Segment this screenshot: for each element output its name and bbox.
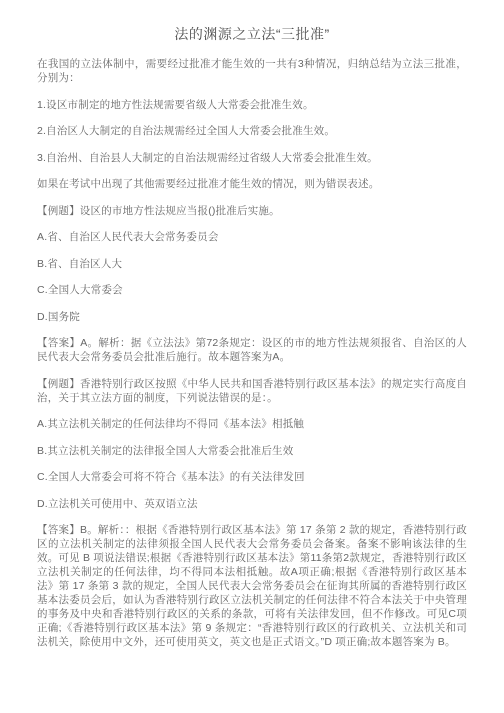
point-3: 3.自治州、自治县人大制定的自治法规需经过省级人大常委会批准生效。 <box>37 151 467 165</box>
point-1: 1.设区市制定的地方性法规需要省级人大常委会批准生效。 <box>37 98 467 112</box>
question1-option-c: C.全国人大常委会 <box>37 283 467 297</box>
question2-option-b: B.其立法机关制定的法律报全国人大常委会批准后生效 <box>37 444 467 458</box>
point-2: 2.自治区人大制定的自治法规需经过全国人大常委会批准生效。 <box>37 124 467 138</box>
page-title: 法的渊源之立法“三批准” <box>37 25 467 43</box>
question1-option-b: B.省、自治区人大 <box>37 257 467 271</box>
note-paragraph: 如果在考试中出现了其他需要经过批准才能生效的情况，则为错误表述。 <box>37 177 467 191</box>
question1-answer: 【答案】A。解析：据《立法法》第72条规定：设区的市的地方性法规须报省、自治区的… <box>37 336 467 364</box>
question2-option-d: D.立法机关可使用中、英双语立法 <box>37 497 467 511</box>
document-page: 法的渊源之立法“三批准” 在我国的立法体制中，需要经过批准才能生效的一共有3种情… <box>0 0 504 713</box>
question2-stem: 【例题】香港特别行政区按照《中华人民共和国香港特别行政区基本法》的规定实行高度自… <box>37 377 467 405</box>
question1-stem: 【例题】设区的市地方性法规应当报()批准后实施。 <box>37 204 467 218</box>
intro-paragraph: 在我国的立法体制中，需要经过批准才能生效的一共有3种情况，归纳总结为立法三批准，… <box>37 57 467 85</box>
question2-option-c: C.全国人大常委会可将不符合《基本法》的有关法律发回 <box>37 470 467 484</box>
question1-option-a: A.省、自治区人民代表大会常务委员会 <box>37 230 467 244</box>
question2-answer: 【答案】B。解析：：根据《香港特别行政区基本法》第 17 条第 2 款的规定，香… <box>37 523 467 649</box>
question1-option-d: D.国务院 <box>37 310 467 324</box>
question2-option-a: A.其立法机关制定的任何法律均不得同《基本法》相抵触 <box>37 417 467 431</box>
